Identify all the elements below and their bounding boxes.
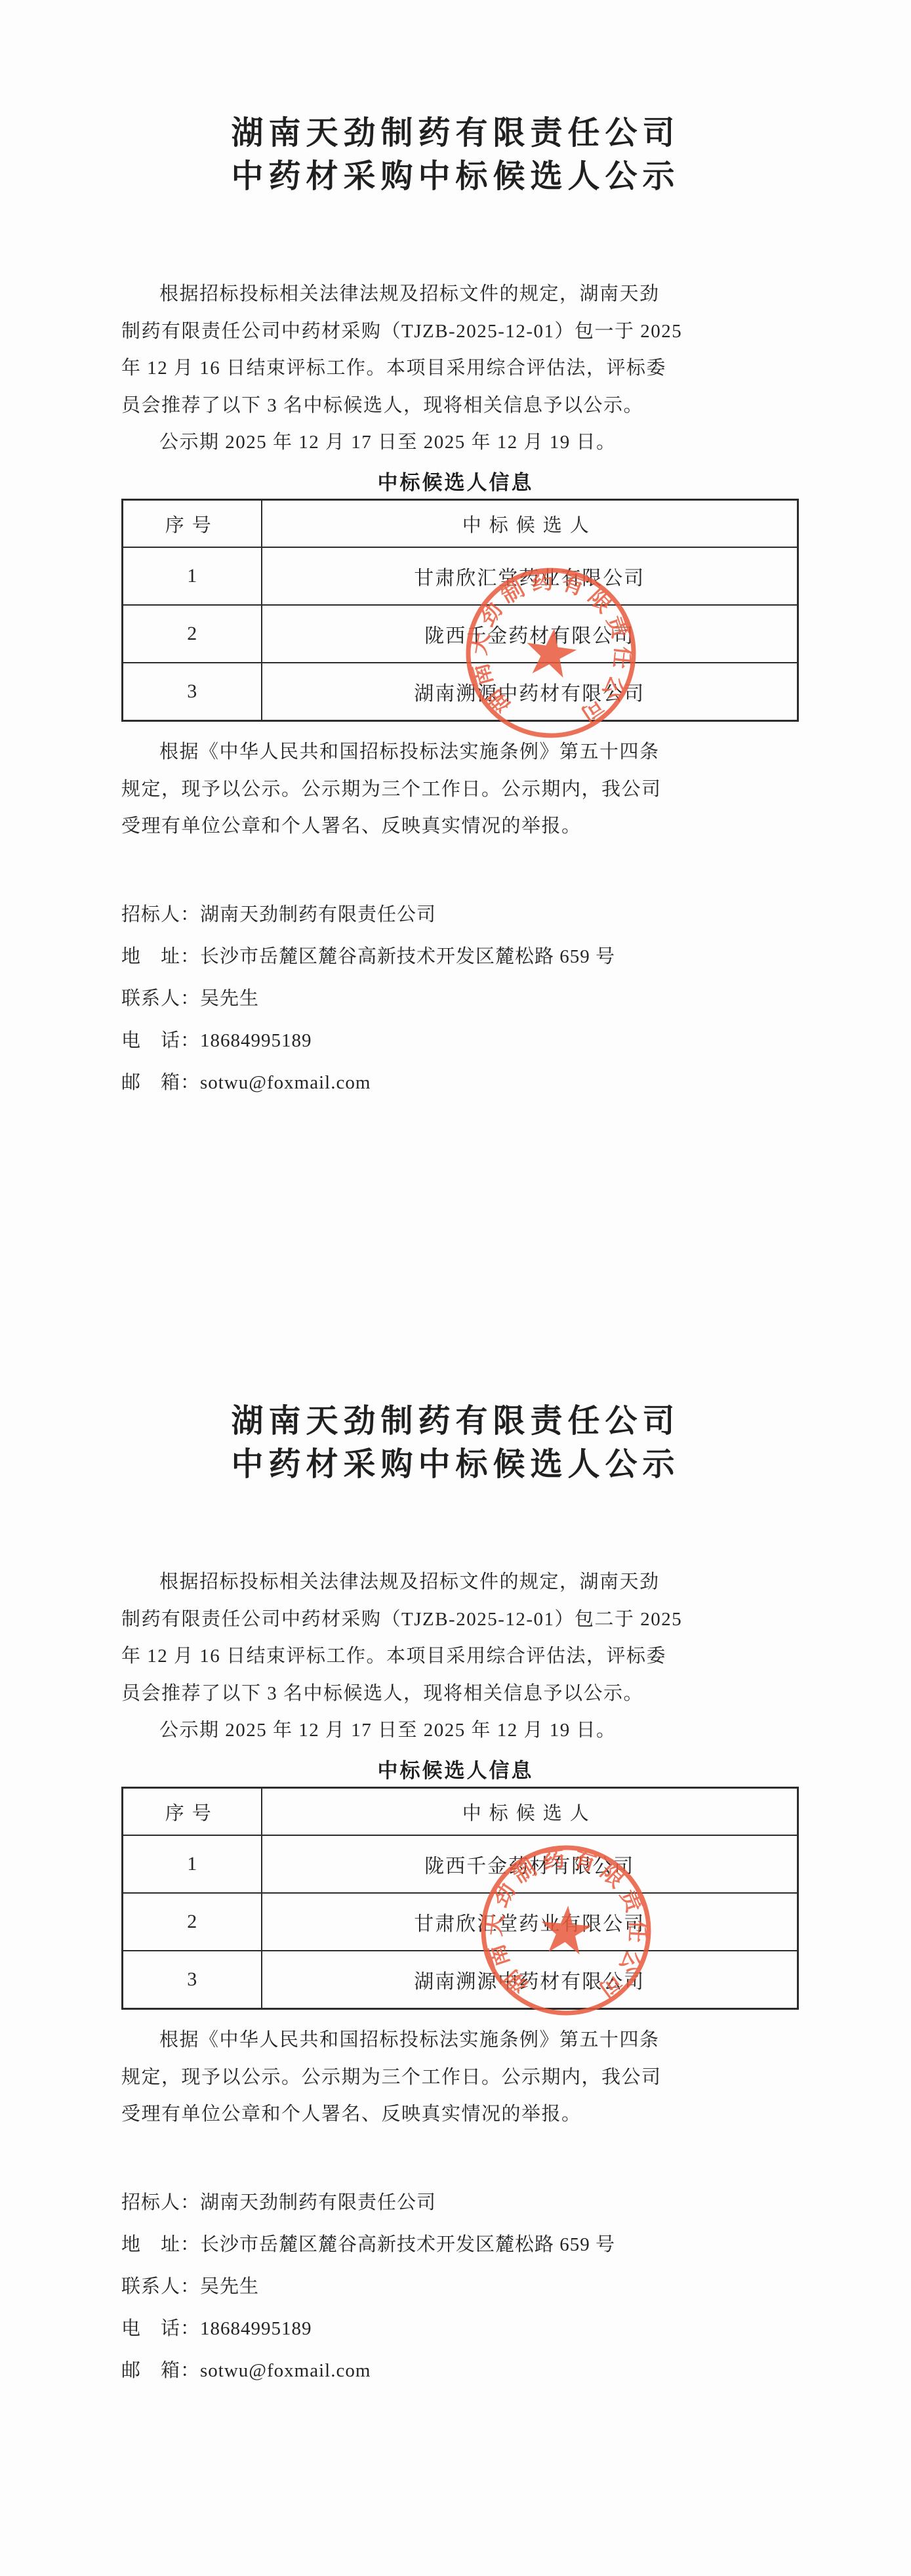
paragraph-line: 员会推荐了以下 3 名中标候选人，现将相关信息予以公示。 xyxy=(121,387,823,425)
paragraph-line: 规定，现予以公示。公示期为三个工作日。公示期内，我公司 xyxy=(121,2059,823,2096)
paragraph-line: 受理有单位公章和个人署名、反映真实情况的举报。 xyxy=(121,2096,823,2133)
contact-line-bidder: 招标人：湖南天劲制药有限责任公司 xyxy=(121,2182,823,2224)
page-title: 湖南天劲制药有限责任公司 中药材采购中标候选人公示 xyxy=(0,1400,911,1486)
legal-paragraph: 根据《中华人民共和国招标投标法实施条例》第五十四条 规定，现予以公示。公示期为三… xyxy=(121,734,823,845)
contact-block: 招标人：湖南天劲制药有限责任公司 地 址：长沙市岳麓区麓谷高新技术开发区麓松路 … xyxy=(121,894,823,1104)
serial-cell: 3 xyxy=(123,663,262,721)
candidates-table: 序号 中标候选人 1 甘肃欣汇堂药业有限公司 2 陇西千金药材有限公司 3 湖南… xyxy=(121,499,799,722)
contact-block: 招标人：湖南天劲制药有限责任公司 地 址：长沙市岳麓区麓谷高新技术开发区麓松路 … xyxy=(121,2182,823,2392)
paragraph-line: 员会推荐了以下 3 名中标候选人，现将相关信息予以公示。 xyxy=(121,1675,823,1713)
contact-line-person: 联系人：吴先生 xyxy=(121,2266,823,2308)
announcement-page-2: 湖南天劲制药有限责任公司 中药材采购中标候选人公示 根据招标投标相关法律法规及招… xyxy=(0,1288,911,2576)
contact-line-address: 地 址：长沙市岳麓区麓谷高新技术开发区麓松路 659 号 xyxy=(121,936,823,978)
page-title-line-2: 中药材采购中标候选人公示 xyxy=(0,1443,911,1486)
candidate-cell: 湖南溯源中药材有限公司 xyxy=(262,663,798,721)
paragraph-line: 根据招标投标相关法律法规及招标文件的规定，湖南天劲 xyxy=(121,1564,823,1601)
table-row: 3 湖南溯源中药材有限公司 xyxy=(123,1951,798,2009)
paragraph-line: 制药有限责任公司中药材采购（TJZB-2025-12-01）包一于 2025 xyxy=(121,313,823,350)
paragraph-line: 年 12 月 16 日结束评标工作。本项目采用综合评估法，评标委 xyxy=(121,350,823,387)
legal-paragraph: 根据《中华人民共和国招标投标法实施条例》第五十四条 规定，现予以公示。公示期为三… xyxy=(121,2022,823,2133)
contact-line-bidder: 招标人：湖南天劲制药有限责任公司 xyxy=(121,894,823,936)
table-header-row: 序号 中标候选人 xyxy=(123,500,798,548)
table-row: 1 甘肃欣汇堂药业有限公司 xyxy=(123,547,798,605)
serial-column-header: 序号 xyxy=(123,1788,262,1836)
contact-line-email: 邮 箱：sotwu@foxmail.com xyxy=(121,2350,823,2392)
page-title-line-2: 中药材采购中标候选人公示 xyxy=(0,155,911,198)
serial-column-header: 序号 xyxy=(123,500,262,548)
candidate-cell: 甘肃欣汇堂药业有限公司 xyxy=(262,1893,798,1951)
candidate-column-header: 中标候选人 xyxy=(262,500,798,548)
table-header-row: 序号 中标候选人 xyxy=(123,1788,798,1836)
serial-cell: 3 xyxy=(123,1951,262,2009)
paragraph-line: 规定，现予以公示。公示期为三个工作日。公示期内，我公司 xyxy=(121,771,823,808)
page-title: 湖南天劲制药有限责任公司 中药材采购中标候选人公示 xyxy=(0,112,911,198)
page-title-line-1: 湖南天劲制药有限责任公司 xyxy=(0,112,911,155)
candidate-column-header: 中标候选人 xyxy=(262,1788,798,1836)
intro-paragraph: 根据招标投标相关法律法规及招标文件的规定，湖南天劲 制药有限责任公司中药材采购（… xyxy=(121,1564,823,1749)
paragraph-line: 根据招标投标相关法律法规及招标文件的规定，湖南天劲 xyxy=(121,276,823,313)
serial-cell: 1 xyxy=(123,547,262,605)
publicity-period-line: 公示期 2025 年 12 月 17 日至 2025 年 12 月 19 日。 xyxy=(121,424,823,461)
candidate-cell: 陇西千金药材有限公司 xyxy=(262,605,798,663)
table-row: 2 甘肃欣汇堂药业有限公司 xyxy=(123,1893,798,1951)
contact-line-email: 邮 箱：sotwu@foxmail.com xyxy=(121,1062,823,1104)
paragraph-line: 根据《中华人民共和国招标投标法实施条例》第五十四条 xyxy=(121,734,823,771)
table-row: 1 陇西千金药材有限公司 xyxy=(123,1835,798,1893)
table-row: 3 湖南溯源中药材有限公司 xyxy=(123,663,798,721)
table-section-title: 中标候选人信息 xyxy=(0,466,911,495)
paragraph-line: 制药有限责任公司中药材采购（TJZB-2025-12-01）包二于 2025 xyxy=(121,1601,823,1638)
contact-line-person: 联系人：吴先生 xyxy=(121,978,823,1020)
publicity-period-line: 公示期 2025 年 12 月 17 日至 2025 年 12 月 19 日。 xyxy=(121,1712,823,1749)
announcement-page-1: 湖南天劲制药有限责任公司 中药材采购中标候选人公示 根据招标投标相关法律法规及招… xyxy=(0,0,911,1288)
candidate-cell: 陇西千金药材有限公司 xyxy=(262,1835,798,1893)
contact-line-phone: 电 话：18684995189 xyxy=(121,1020,823,1062)
serial-cell: 2 xyxy=(123,605,262,663)
candidate-cell: 湖南溯源中药材有限公司 xyxy=(262,1951,798,2009)
intro-paragraph: 根据招标投标相关法律法规及招标文件的规定，湖南天劲 制药有限责任公司中药材采购（… xyxy=(121,276,823,461)
paragraph-line: 受理有单位公章和个人署名、反映真实情况的举报。 xyxy=(121,808,823,845)
contact-line-phone: 电 话：18684995189 xyxy=(121,2308,823,2350)
paragraph-line: 根据《中华人民共和国招标投标法实施条例》第五十四条 xyxy=(121,2022,823,2059)
candidate-cell: 甘肃欣汇堂药业有限公司 xyxy=(262,547,798,605)
page-title-line-1: 湖南天劲制药有限责任公司 xyxy=(0,1400,911,1443)
scanned-announcement-document: 湖南天劲制药有限责任公司 中药材采购中标候选人公示 根据招标投标相关法律法规及招… xyxy=(0,0,911,2576)
paragraph-line: 年 12 月 16 日结束评标工作。本项目采用综合评估法，评标委 xyxy=(121,1638,823,1675)
table-row: 2 陇西千金药材有限公司 xyxy=(123,605,798,663)
serial-cell: 1 xyxy=(123,1835,262,1893)
contact-line-address: 地 址：长沙市岳麓区麓谷高新技术开发区麓松路 659 号 xyxy=(121,2224,823,2266)
serial-cell: 2 xyxy=(123,1893,262,1951)
candidates-table: 序号 中标候选人 1 陇西千金药材有限公司 2 甘肃欣汇堂药业有限公司 3 湖南… xyxy=(121,1787,799,2010)
table-section-title: 中标候选人信息 xyxy=(0,1754,911,1783)
